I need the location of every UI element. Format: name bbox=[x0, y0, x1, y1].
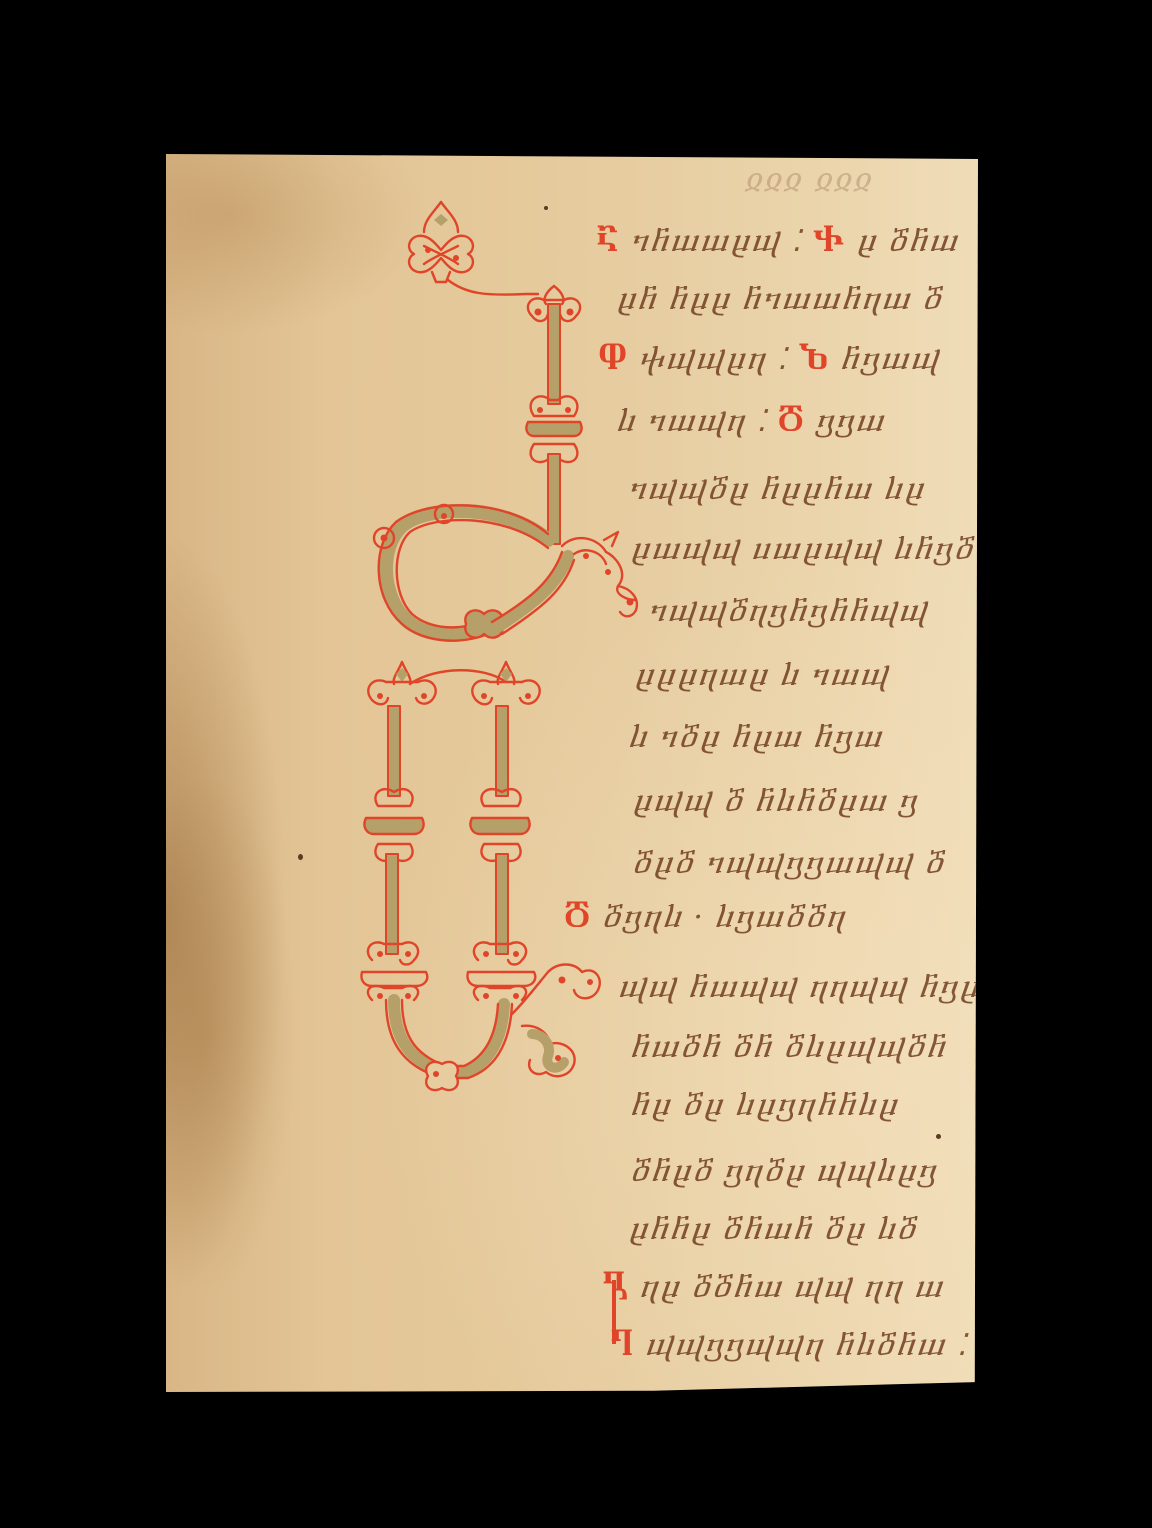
interlace-knot-ornament bbox=[409, 202, 538, 295]
illuminated-initials bbox=[166, 154, 978, 1392]
large-initial-lower bbox=[361, 662, 599, 1090]
text-line: ⴑ ⴈⴃⴞ ⴌⴞⴍ ⴌⴂⴍ bbox=[628, 720, 978, 764]
text-line: ⴈⴓⴓⴃⴄⴂⴌⴂⴌⴌⴓⴓ bbox=[648, 594, 978, 638]
text-line: ⴞⴌ ⴌⴞⴞ ⴌⴈⴍⴍⴌⴄⴍ ⴃ bbox=[616, 282, 978, 326]
text-line: ⴞⴓⴓ ⴃ ⴌⴑⴌⴃⴞⴍ ⴂ bbox=[632, 784, 978, 828]
manuscript-page: ჲჲჲ ჲჲჲ bbox=[166, 154, 978, 1392]
text-line: Ⴄ ⴓⴓⴂⴂⴓⴓⴄ ⴌⴑⴃⴌⴍ ⁚ bbox=[610, 1328, 978, 1372]
text-line: ⴌⴍⴃⴌ ⴃⴌ ⴃⴑⴞⴓⴓⴃⴌ bbox=[630, 1030, 978, 1074]
text-line: Ⴃ ⴃⴂⴄⴑ · ⴑⴂⴍⴃⴃⴄ bbox=[564, 900, 978, 944]
text-line: Ⴂ ⴄⴞ ⴃⴃⴌⴍ ⴓⴓ ⴄⴄ ⴍ bbox=[602, 1270, 978, 1314]
text-line: ⴈⴓⴓⴃⴞ ⴌⴞⴞⴌⴍ ⴑⴞ bbox=[628, 472, 978, 516]
text-line: ⴌⴞ ⴃⴞ ⴑⴞⴂⴄⴌⴌⴑⴞ bbox=[630, 1088, 978, 1132]
large-initial-upper bbox=[374, 286, 637, 641]
text-line: ⴃⴞⴃ ⴈⴓⴓⴂⴂⴍⴓⴓ ⴃ bbox=[632, 846, 978, 890]
text-line: Ⴀ ⴈⴌⴍⴍⴞⴓ ⁚ Ⴕ ⴞ ⴃⴌⴍ bbox=[596, 224, 978, 268]
text-line: ⴞⴍⴓⴓ ⴎⴍⴞⴓⴓ ⴑⴌⴂⴃ bbox=[630, 532, 978, 576]
text-line: ⴃⴌⴞⴃ ⴂⴄⴃⴞ ⴓⴓⴑⴞⴂ bbox=[630, 1154, 978, 1198]
text-line: ⴞⴞⴞⴄⴍⴞ ⴑ ⴈⴍⴓ bbox=[634, 658, 978, 702]
text-line: ⴞⴌⴌⴞ ⴃⴌⴍⴌ ⴃⴞ ⴑⴃ bbox=[628, 1212, 978, 1256]
rubric-stem bbox=[612, 1280, 616, 1344]
text-line: ⴓⴓ ⴌⴍⴓⴓ ⴄⴄⴓⴓ ⴌⴂⴞ bbox=[618, 970, 978, 1014]
text-line: Ⴔ ⴕⴓⴓⴞⴄ ⁚ Ⴆ ⴌⴂⴍⴓ bbox=[598, 342, 978, 386]
text-line: ⴑ ⴈⴍⴓⴄ ⁚ Ⴃ ⴂⴂⴍ bbox=[616, 404, 978, 448]
